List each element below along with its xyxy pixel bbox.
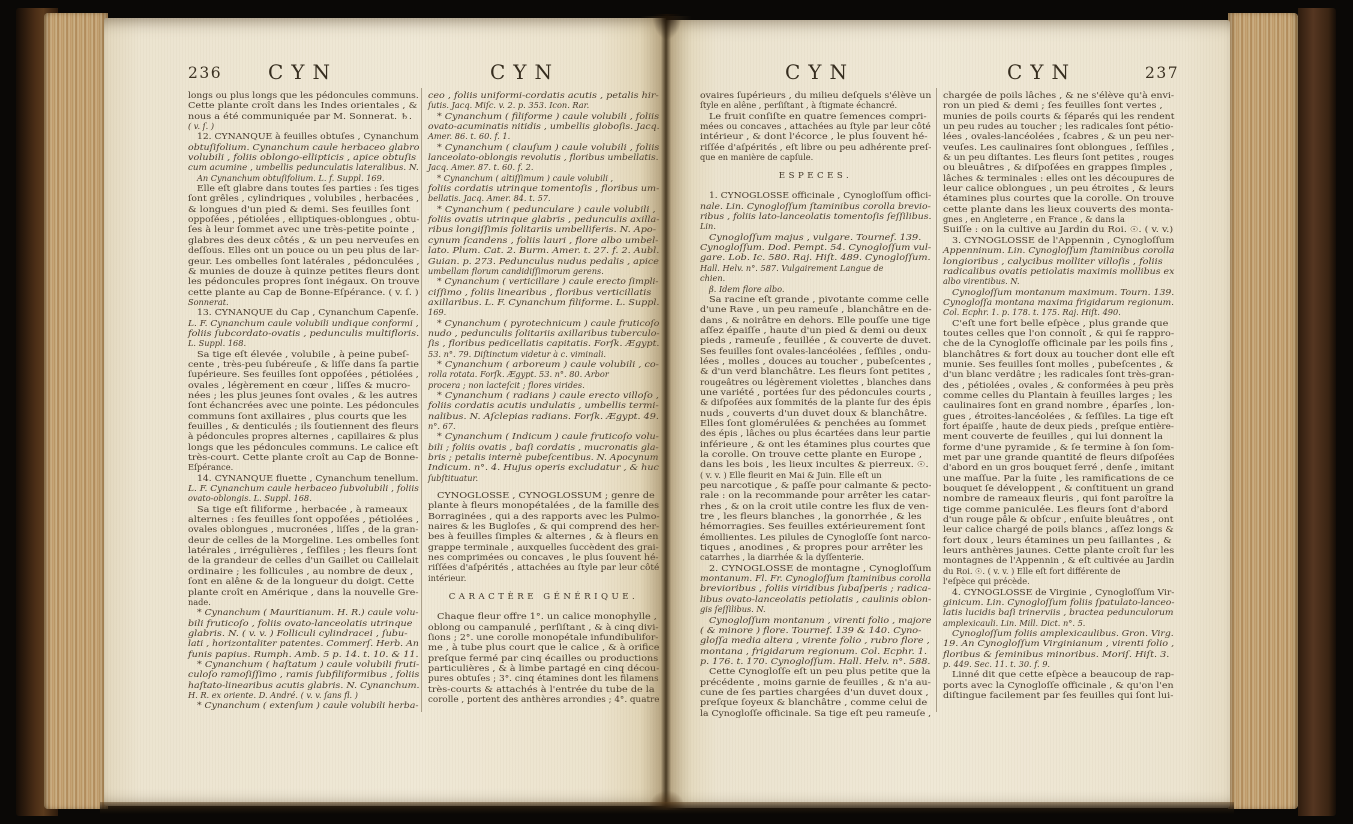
text-line: des , pétiolées , ovales , & conformées … — [943, 380, 1174, 390]
text-line: des épis , lâches ou plus écartées dans … — [700, 428, 931, 438]
text-line: plante à fleurs monopétalées , de la fam… — [428, 500, 659, 510]
text-line: étamines plus courtes que la corolle. On… — [943, 193, 1174, 203]
text-line: Jacq. Amer. 87. t. 60. f. 2. — [428, 162, 659, 172]
text-line: montanum. Fl. Fr. Cynogloſſum ſtaminibus… — [700, 573, 931, 583]
text-line: geur. Les ombelles ſont latérales , pédo… — [188, 256, 419, 266]
text-line: L. Suppl. 168. — [188, 338, 419, 348]
text-line: nade. — [188, 597, 419, 607]
text-line: bouquet ſe développent , & conſtituent u… — [943, 483, 1174, 493]
text-line: montagnes de l'Appennin , & eſt cultivée… — [943, 555, 1174, 565]
text-line: * Cynanchum ( pyrotechnicum ) caule frut… — [428, 318, 659, 328]
text-line: longioribus , calycibus molliter villoſi… — [943, 256, 1174, 266]
text-line: intérieur. — [428, 573, 659, 583]
text-line: & d'un verd blanchâtre. Les fleurs ſont … — [700, 366, 931, 376]
text-line: gis ſeſſilibus. N. — [700, 604, 931, 614]
text-line: riſſées d'aſpérités , attachées au ſtyle… — [428, 562, 659, 572]
line-gap — [700, 162, 931, 169]
text-line: nuds , couverts d'un duvet doux & blanch… — [700, 408, 931, 418]
text-column-2: ceo , foliis uniformi-cordatis acutis , … — [428, 90, 659, 704]
text-line: tre , les fleurs blanches , la gonorrhée… — [700, 511, 931, 521]
text-line: lato. Plum. Cat. 2. Burm. Amer. t. 27. f… — [428, 245, 659, 255]
text-line: Cette plante croît dans les Indes orient… — [188, 100, 419, 110]
text-line: que en manière de capſule. — [700, 152, 931, 162]
text-line: blanchâtres & fort doux au toucher dont … — [943, 349, 1174, 359]
text-line: Indicum. n°. 4. Hujus operis excludatur … — [428, 462, 659, 472]
text-line: naires & les Bugloſes , & qui comprend d… — [428, 521, 659, 531]
text-line: L. F. Cynanchum caule herbaceo ſubvolubi… — [188, 483, 419, 493]
text-line: toutes celles que l'on connoît , & qui ſ… — [943, 328, 1174, 338]
text-line: ( & minore ) flore. Tournef. 139 & 140. … — [700, 625, 931, 635]
text-line: L. F. Cynanchum caule volubili undique c… — [188, 318, 419, 328]
text-line: gare. Lob. Ic. 580. Raj. Hiſt. 489. Cyno… — [700, 252, 931, 262]
text-line: foliis cordatis acutis undulatis , umbel… — [428, 400, 659, 410]
text-line: rhes , & on la croit utile contre les fl… — [700, 501, 931, 511]
page-number-right: 237 — [1145, 64, 1179, 82]
text-line: Lin. — [700, 221, 931, 231]
text-line: * Cynanchum ( radians ) caule erecto vil… — [428, 390, 659, 400]
photo-background: 236 CYN CYN longs ou plus longs que les … — [0, 0, 1353, 824]
line-gap — [428, 604, 659, 611]
gutter-shadow-top — [652, 14, 682, 40]
text-line: funis papius. Rumph. Amb. 5 p. 14. t. 10… — [188, 649, 419, 659]
text-line: deſſous. Elles ont un pouce ou un peu pl… — [188, 245, 419, 255]
text-line: radicalibus ovatis petiolatis maximis mo… — [943, 266, 1174, 276]
text-line: 4. CYNOGLOSSE de Virginie , Cynogloſſum … — [943, 587, 1174, 597]
text-line: riſſée d'aſpérités , eſt libre ou peu ad… — [700, 142, 931, 152]
text-line: nous a été communiquée par M. Sonnerat. … — [188, 111, 419, 121]
text-line: chien. — [700, 273, 931, 283]
text-line: 3. CYNOGLOSSE de l'Appennin , Cynogloſſu… — [943, 235, 1174, 245]
text-line: ( v. v. ) Elle fleurit en Mai & Juin. El… — [700, 470, 931, 480]
text-line: tige comme paniculée. Les fleurs ſont d'… — [943, 504, 1174, 514]
text-line: procera ; non lacteſcit ; flores virides… — [428, 380, 659, 390]
text-line: * Cynanchum ( extenſum ) caule volubili … — [188, 700, 419, 710]
text-line: Borraginées , qui a des rapports avec le… — [428, 511, 659, 521]
text-line: axillaribus. L. F. Cynanchum filiforme. … — [428, 297, 659, 307]
text-line: nombre de rameaux fleuris , qui font par… — [943, 493, 1174, 503]
text-line: β. Idem flore albo. — [700, 284, 931, 294]
text-line: nalibus. N. Aſclepias radians. Forſk. Æg… — [428, 411, 659, 421]
text-line: fort épaiſſe , haute de deux pieds , pre… — [943, 421, 1174, 431]
text-line: munie. Ses feuilles ſont molles , pubeſc… — [943, 359, 1174, 369]
text-line: Cynogloſſum montanum maximum. Tourn. 139… — [943, 287, 1174, 297]
line-gap — [428, 583, 659, 590]
page-number-left: 236 — [188, 64, 222, 82]
text-line: Cynogloſſum. Dod. Pempt. 54. Cynogloſſum… — [700, 242, 931, 252]
text-line: & un peu diſtantes. Les fleurs ſont peti… — [943, 152, 1174, 162]
text-line: bes à feuilles ſimples & alternes , & à … — [428, 531, 659, 541]
text-line: H. R. ex oriente. D. André. ( v. v. ſans… — [188, 690, 419, 700]
text-line: à pédoncules propres alternes , capillai… — [188, 431, 419, 441]
text-line: Amer. 86. t. 60. f. 1. — [428, 131, 659, 141]
text-line: ordinaire ; les follicules , au nombre d… — [188, 566, 419, 576]
text-line: particulières , & à limbe partagé en cin… — [428, 663, 659, 673]
text-line: gues , étroites-lancéolées , & ſeſſiles.… — [943, 411, 1174, 421]
text-line: deur de celles de la Morgeline. Les ombe… — [188, 535, 419, 545]
text-line: brevioribus , foliis viridibus ſubaſperi… — [700, 583, 931, 593]
text-line: la Cynogloſſe officinale. Sa tige eſt pe… — [700, 708, 931, 718]
text-line: latérales , irrégulières , ſeſſiles ; le… — [188, 545, 419, 555]
left-page: 236 CYN CYN longs ou plus longs que les … — [104, 18, 666, 806]
text-line: d'un rouge pâle & obſcur , enſuite bleuâ… — [943, 514, 1174, 524]
text-line: preſque ſoyeux & blanchâtre , comme celu… — [700, 697, 931, 707]
text-line: Elle eſt glabre dans toutes ſes parties … — [188, 183, 419, 193]
text-line: cum acumine , umbellis pedunculatis late… — [188, 162, 419, 172]
page-stack-fore-edge-left — [44, 13, 108, 809]
text-line: culoſo ramoſiſſimo , ramis ſubfiliformib… — [188, 669, 419, 679]
text-line: ( v. ſ. ) — [188, 121, 419, 131]
text-line: précédente , moins garnie de feuilles , … — [700, 677, 931, 687]
text-line: Sonnerat. — [188, 297, 419, 307]
text-line: chargée de poils lâches , & ne s'élève q… — [943, 90, 1174, 100]
text-line: ovaires ſupérieurs , du milieu deſquels … — [700, 90, 931, 100]
text-line: l'eſpèce qui précède. — [943, 576, 1174, 586]
text-line: 2. CYNOGLOSSE de montagne , Cynogloſſum — [700, 563, 931, 573]
running-header-left-col2: CYN — [440, 60, 610, 84]
text-line: mées ou concaves , attachées au ſtyle pa… — [700, 121, 931, 131]
text-line: obtuſifolium. Cynanchum caule herbaceo g… — [188, 142, 419, 152]
text-line: lati , horizontaliter patentes. Commerſ.… — [188, 638, 419, 648]
text-line: cette plante au Cap de Bonne-Eſpérance. … — [188, 287, 419, 297]
text-line: grappe terminale , auxquelles ſuccèdent … — [428, 542, 659, 552]
column-rule — [936, 88, 937, 712]
text-line: bris ; petalis internè pubeſcentibus. N.… — [428, 452, 659, 462]
text-line: veuſes. Les caulinaires ſont oblongues ,… — [943, 142, 1174, 152]
book-bottom-shadow — [100, 802, 1234, 814]
text-line: Cynogloſſum foliis amplexicaulibus. Gron… — [943, 628, 1174, 638]
text-line: 53. n°. 79. Diſtinctum videtur à c. vimi… — [428, 349, 659, 359]
text-line: 14. CYNANQUE fluette , Cynanchum tenellu… — [188, 473, 419, 483]
text-line: montana , frigidarum regionum. Col. Ecph… — [700, 646, 931, 656]
text-line: peu narcotique , & paſſe pour calmante &… — [700, 480, 931, 490]
text-line: d'une Rave , un peu rameuſe , blanchâtre… — [700, 304, 931, 314]
text-line: albo virentibus. N. — [943, 276, 1174, 286]
text-line: nes comprimées ou concaves , le plus ſou… — [428, 552, 659, 562]
text-line: * Cynanchum ( altiſſimum ) caule volubil… — [428, 173, 659, 183]
text-line: ſont en alêne & de la longueur du doigt.… — [188, 576, 419, 586]
text-line: ovales , légèrement en cœur , liſſes & m… — [188, 380, 419, 390]
text-line: tiques , anodines , & propres pour arrêt… — [700, 542, 931, 552]
text-line: p. 449. Sec. 11. t. 30. f. 9. — [943, 659, 1174, 669]
text-line: très-court. Cette plante croît au Cap de… — [188, 452, 419, 462]
text-line: Chaque fleur offre 1°. un calice monophy… — [428, 611, 659, 621]
text-line: * Cynanchum ( arboreum ) caule volubili … — [428, 359, 659, 369]
text-line: ſtyle en alêne , perſiſtant , à ſtigmate… — [700, 100, 931, 110]
text-line: leur calice chargé de poils blancs , aſſ… — [943, 524, 1174, 534]
text-line: émollientes. Les pilules de Cynogloſſe ſ… — [700, 532, 931, 542]
text-line: Cynogloſſum montanum , virenti folio , m… — [700, 615, 931, 625]
text-line: lâches & terminales : elles ont les déco… — [943, 173, 1174, 183]
text-line: ribus , foliis lato-lanceolatis tomentoſ… — [700, 211, 931, 221]
text-line: lées , molles , douces au toucher , pube… — [700, 356, 931, 366]
text-line: dans , & noirâtre en dehors. Elle pouſſe… — [700, 315, 931, 325]
text-line: met par une grande quantité de fleurs di… — [943, 452, 1174, 462]
running-header-left-col1: CYN — [218, 60, 388, 84]
text-line: gloſſa media altera , virente folio , ru… — [700, 635, 931, 645]
text-line: corolle , portent des anthères arrondies… — [428, 694, 659, 704]
text-line: de la grandeur de celles d'un Gaillet ou… — [188, 555, 419, 565]
text-line: intérieur , & dont l'écorce , le plus ſo… — [700, 131, 931, 141]
book-cover-right-edge — [1298, 8, 1336, 816]
text-line: ſes à leur ſommet avec une très-petite p… — [188, 224, 419, 234]
text-line: haſtato-linearibus acutis glabris. N. Cy… — [188, 680, 419, 690]
text-line: Elles ſont glomérulées & penchées au ſom… — [700, 418, 931, 428]
section-heading: CARACTÈRE GÉNÉRIQUE. — [428, 590, 659, 604]
text-line: pieds , rameuſe , feuillée , & couverte … — [700, 335, 931, 345]
text-line: caulinaires ſont en grand nombre , éparſ… — [943, 400, 1174, 410]
text-line: Hall. Helv. n°. 587. Vulgairement Langue… — [700, 263, 931, 273]
text-line: ceo , foliis uniformi-cordatis acutis , … — [428, 90, 659, 100]
text-line: munies de poils courts & ſéparés qui les… — [943, 111, 1174, 121]
text-column-2: chargée de poils lâches , & ne s'élève q… — [943, 90, 1174, 700]
text-line: nale. Lin. Cynogloſſum ſtaminibus coroll… — [700, 201, 931, 211]
text-line: Cette Cynogloſſe eſt un peu plus petite … — [700, 666, 931, 676]
text-line: Linné dit que cette eſpèce a beaucoup de… — [943, 669, 1174, 679]
text-line: bellatis. Jacq. Amer. 84. t. 57. — [428, 193, 659, 203]
line-gap — [428, 483, 659, 490]
text-line: * Cynanchum ( verticillare ) caule erect… — [428, 276, 659, 286]
text-line: ſis , floribus pedicellatis capitatis. F… — [428, 338, 659, 348]
running-header-right-col2: CYN — [957, 60, 1127, 84]
text-line: rolla rotata. Forſk. Ægypt. 53. n°. 80. … — [428, 369, 659, 379]
text-line: lanceolato-oblongis revolutis , floribus… — [428, 152, 659, 162]
text-line: diſtingue facilement par ſes feuilles qu… — [943, 690, 1174, 700]
text-line: ron un pied & demi ; ſes feuilles ſont v… — [943, 100, 1174, 110]
text-line: latis lucidis baſi trinerviis , bractea … — [943, 607, 1174, 617]
text-line: * Cynanchum ( Mauritianum. H. R.) caule … — [188, 607, 419, 617]
text-line: bili ; foliis ovatis , baſi cordatis , m… — [428, 442, 659, 452]
text-line: ports avec la Cynogloſſe officinale , & … — [943, 680, 1174, 690]
text-line: pures obtuſes ; 3°. cinq étamines dont l… — [428, 673, 659, 683]
text-line: une maſſue. Par la ſuite , les ramificat… — [943, 473, 1174, 483]
text-line: oppoſées , pétiolées , elliptiques-oblon… — [188, 214, 419, 224]
text-line: lées , ovales-lancéolées , ſcabres , & u… — [943, 131, 1174, 141]
text-line: catarrhes , la diarrhée & la dyſſenterie… — [700, 552, 931, 562]
text-line: la corolle. On trouve cette plante en Eu… — [700, 449, 931, 459]
text-line: très-courts & attachés à l'entrée du tub… — [428, 684, 659, 694]
text-line: ovales oblongues , mucronées , liſſes , … — [188, 524, 419, 534]
text-line: foliis ovatis utrinque glabris , peduncu… — [428, 214, 659, 224]
text-line: glabres des deux côtés , & un peu nerveu… — [188, 235, 419, 245]
text-line: che de la Cynogloſſe officinale par les … — [943, 338, 1174, 348]
text-line: longs ou plus longs que les pédoncules c… — [188, 90, 419, 100]
text-column-1: longs ou plus longs que les pédoncules c… — [188, 90, 419, 711]
text-line: un peu rudes au toucher ; les radicales … — [943, 121, 1174, 131]
text-line: * Cynanchum ( pedunculare ) caule volubi… — [428, 204, 659, 214]
text-line: preſque fermé par cinq écailles ou produ… — [428, 653, 659, 663]
text-line: communs ſont axillaires , plus courts qu… — [188, 411, 419, 421]
text-line: ſutis. Jacq. Miſc. v. 2. p. 353. Icon. R… — [428, 100, 659, 110]
text-line: * Cynanchum ( clauſum ) caule volubili ,… — [428, 142, 659, 152]
text-line: Sa racine eſt grande , pivotante comme c… — [700, 294, 931, 304]
text-line: Le fruit conſiſte en quatre ſemences com… — [700, 111, 931, 121]
text-line: 169. — [428, 307, 659, 317]
section-heading: ESPECES. — [700, 169, 931, 183]
text-line: gnes , en Angleterre , en France , & dan… — [943, 214, 1174, 224]
text-line: ribus longiſſimis ſolitariis umbelliferi… — [428, 224, 659, 234]
text-line: du Roi. ☉. ( v. v. ) Elle eſt fort diffé… — [943, 566, 1174, 576]
text-line: Ses feuilles ſont ovales-lancéolées , ſe… — [700, 346, 931, 356]
text-line: cente , très-peu ſubéreuſe , & liſſe dan… — [188, 359, 419, 369]
text-line: cynum ſcandens , foliis lauri , flore al… — [428, 235, 659, 245]
text-line: Cynogloſſum majus , vulgare. Tournef. 13… — [700, 232, 931, 242]
text-line: ovato-oblongis. L. Suppl. 168. — [188, 493, 419, 503]
text-line: 1. CYNOGLOSSE officinale , Cynogloſſum o… — [700, 190, 931, 200]
text-line: & longues d'un pied & demi. Ses feuilles… — [188, 204, 419, 214]
text-line: plante croît en Amérique , dans la nouve… — [188, 587, 419, 597]
text-line: inférieure , & ont les étamines plus cou… — [700, 439, 931, 449]
text-line: 13. CYNANQUE du Cap , Cynanchum Capenſe. — [188, 307, 419, 317]
text-line: comme celles du Plantain à feuilles larg… — [943, 390, 1174, 400]
text-line: Cynogloſſa montana maxima frigidarum reg… — [943, 297, 1174, 307]
text-line: longs que les pédoncules communs. Le cal… — [188, 442, 419, 452]
text-line: les pédoncules propres ſont inégaux. On … — [188, 276, 419, 286]
text-line: 19. An Cynogloſſum Virginianum , virenti… — [943, 638, 1174, 648]
right-page: 237 CYN CYN ovaires ſupérieurs , du mili… — [666, 20, 1230, 808]
text-line: 12. CYNANQUE à feuilles obtuſes , Cynanc… — [188, 131, 419, 141]
column-rule — [421, 88, 422, 712]
text-line: & diſpoſées aux ſommités de la plante ſu… — [700, 397, 931, 407]
text-line: foliis cordatis utrinque tomentoſis , fl… — [428, 183, 659, 193]
text-line: ment couverte de feuilles , qui lui donn… — [943, 431, 1174, 441]
text-line: ciſſimo , foliis linearibus , floribus v… — [428, 287, 659, 297]
text-line: forme d'une pyramide , & ſe termine à ſo… — [943, 442, 1174, 452]
text-line: Eſpérance. — [188, 462, 419, 472]
text-line: ou bleuâtres , & diſpoſées en grappes ſi… — [943, 162, 1174, 172]
text-line: ſubſtituatur. — [428, 473, 659, 483]
text-line: rale : on la recommande pour arrêter les… — [700, 490, 931, 500]
text-line: umbellam florum candidiſſimorum gerens. — [428, 266, 659, 276]
text-line: * Cynanchum ( Indicum ) caule fruticoſo … — [428, 431, 659, 441]
text-line: volubili , foliis oblongo-ellipticis , a… — [188, 152, 419, 162]
text-line: ovato-acuminatis nitidis , umbellis glob… — [428, 121, 659, 131]
text-line: nudo , pedunculis ſolitariis axillaribus… — [428, 328, 659, 338]
text-line: Guian. p. 273. Pedunculus nudus pedalis … — [428, 256, 659, 266]
text-line: CYNOGLOSSE , CYNOGLOSSUM ; genre de — [428, 490, 659, 500]
text-line: Col. Ecphr. 1. p. 178. t. 175. Raj. Hiſt… — [943, 307, 1174, 317]
text-line: ſont grêles , cylindriques , volubiles ,… — [188, 193, 419, 203]
text-line: Suiſſe : on la cultive au Jardin du Roi.… — [943, 224, 1174, 234]
text-line: ſupérieure. Ses feuilles ſont oppoſées ,… — [188, 369, 419, 379]
text-line: leurs anthères jaunes. Cette plante croî… — [943, 545, 1174, 555]
text-line: libus ovato-lanceolatis petiolatis , cau… — [700, 594, 931, 604]
text-line: nées ; les plus jeunes ſont ovales , & l… — [188, 390, 419, 400]
text-line: Sa tige eſt filiforme , herbacée , à ram… — [188, 504, 419, 514]
text-line: ſont échancrées avec une pointe. Les péd… — [188, 400, 419, 410]
text-line: me , à tube plus court que le calice , &… — [428, 642, 659, 652]
text-line: feuilles , & denticulés ; ils ſoutiennen… — [188, 421, 419, 431]
running-header-right-col1: CYN — [735, 60, 905, 84]
text-line: aſſez épaiſſe , haute d'un pied & demi o… — [700, 325, 931, 335]
text-line: * Cynanchum ( haſtatum ) caule volubili … — [188, 659, 419, 669]
text-line: p. 176. t. 170. Cynogloſſum. Hall. Helv.… — [700, 656, 931, 666]
text-line: cune de ſes parties chargées d'un duvet … — [700, 687, 931, 697]
text-line: oblong ou campanulé , perſiſtant , & à c… — [428, 622, 659, 632]
text-line: foliis ſubcordato-ovatis , pedunculis mu… — [188, 328, 419, 338]
text-line: * Cynanchum ( filiforme ) caule volubili… — [428, 111, 659, 121]
text-line: dans les bois , les lieux incultes & pie… — [700, 459, 931, 469]
text-line: ſions ; 2°. une corolle monopétale infun… — [428, 632, 659, 642]
text-line: une variété , portées ſur des pédoncules… — [700, 387, 931, 397]
text-line: An Cynanchum obtuſifolium. L. f. Suppl. … — [188, 173, 419, 183]
text-column-1: ovaires ſupérieurs , du milieu deſquels … — [700, 90, 931, 718]
text-line: cette plante dans les lieux couverts des… — [943, 204, 1174, 214]
text-line: C'eſt une fort belle eſpèce , plus grand… — [943, 318, 1174, 328]
text-line: rougeâtres ou légèrement violettes , bla… — [700, 377, 931, 387]
page-stack-fore-edge-right — [1228, 13, 1298, 809]
text-line: n°. 67. — [428, 421, 659, 431]
text-line: ginicum. Lin. Cynogloſſum foliis ſpatula… — [943, 597, 1174, 607]
text-line: d'un blanc verdâtre ; les radicales ſont… — [943, 369, 1174, 379]
text-line: hémorragies. Ses feuilles extérieurement… — [700, 521, 931, 531]
text-line: d'abord en un gros bouquet ſerré , denſe… — [943, 462, 1174, 472]
text-line: leur calice oblongues , un peu étroites … — [943, 183, 1174, 193]
text-line: floribus & ſeminibus minoribus. Moriſ. H… — [943, 649, 1174, 659]
line-gap — [700, 183, 931, 190]
text-line: alternes : ſes feuilles ſont oppoſées , … — [188, 514, 419, 524]
text-line: Sa tige eſt élevée , volubile , à peine … — [188, 349, 419, 359]
text-line: Appenninum. Lin. Cynogloſſum ſtaminibus … — [943, 245, 1174, 255]
text-line: fort doux , leurs étamines un peu ſailla… — [943, 535, 1174, 545]
text-line: & munies de douze à quinze petites fleur… — [188, 266, 419, 276]
text-line: amplexicauli. Lin. Mill. Dict. n°. 5. — [943, 618, 1174, 628]
text-line: glabris. N. ( v. v. ) Folliculi cylindra… — [188, 628, 419, 638]
text-line: bili fruticoſo , foliis ovato-lanceolati… — [188, 618, 419, 628]
